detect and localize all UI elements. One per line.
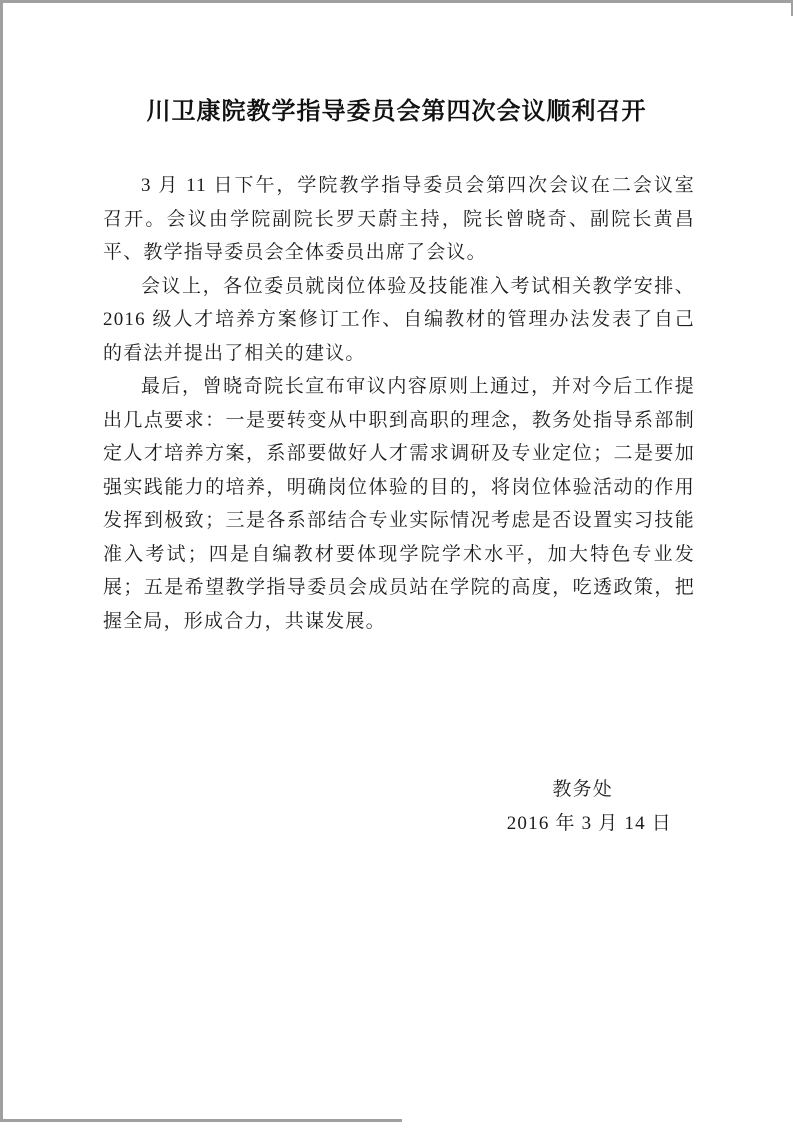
paragraph-1: 3 月 11 日下午，学院教学指导委员会第四次会议在二会议室召开。会议由学院副院… [103,169,695,270]
signature-department: 教务处 [0,773,793,807]
signature-date: 2016 年 3 月 14 日 [0,807,793,841]
document-page: 川卫康院教学指导委员会第四次会议顺利召开 3 月 11 日下午，学院教学指导委员… [0,0,793,1122]
signature-block: 教务处 2016 年 3 月 14 日 [0,773,793,840]
document-title: 川卫康院教学指导委员会第四次会议顺利召开 [0,0,793,127]
scan-edge-top [0,0,793,3]
document-body: 3 月 11 日下午，学院教学指导委员会第四次会议在二会议室召开。会议由学院副院… [0,169,793,638]
paragraph-3: 最后，曾晓奇院长宣布审议内容原则上通过，并对今后工作提出几点要求：一是要转变从中… [103,370,695,638]
scan-edge-left [0,0,3,1122]
paragraph-2: 会议上，各位委员就岗位体验及技能准入考试相关教学安排、2016 级人才培养方案修… [103,270,695,371]
